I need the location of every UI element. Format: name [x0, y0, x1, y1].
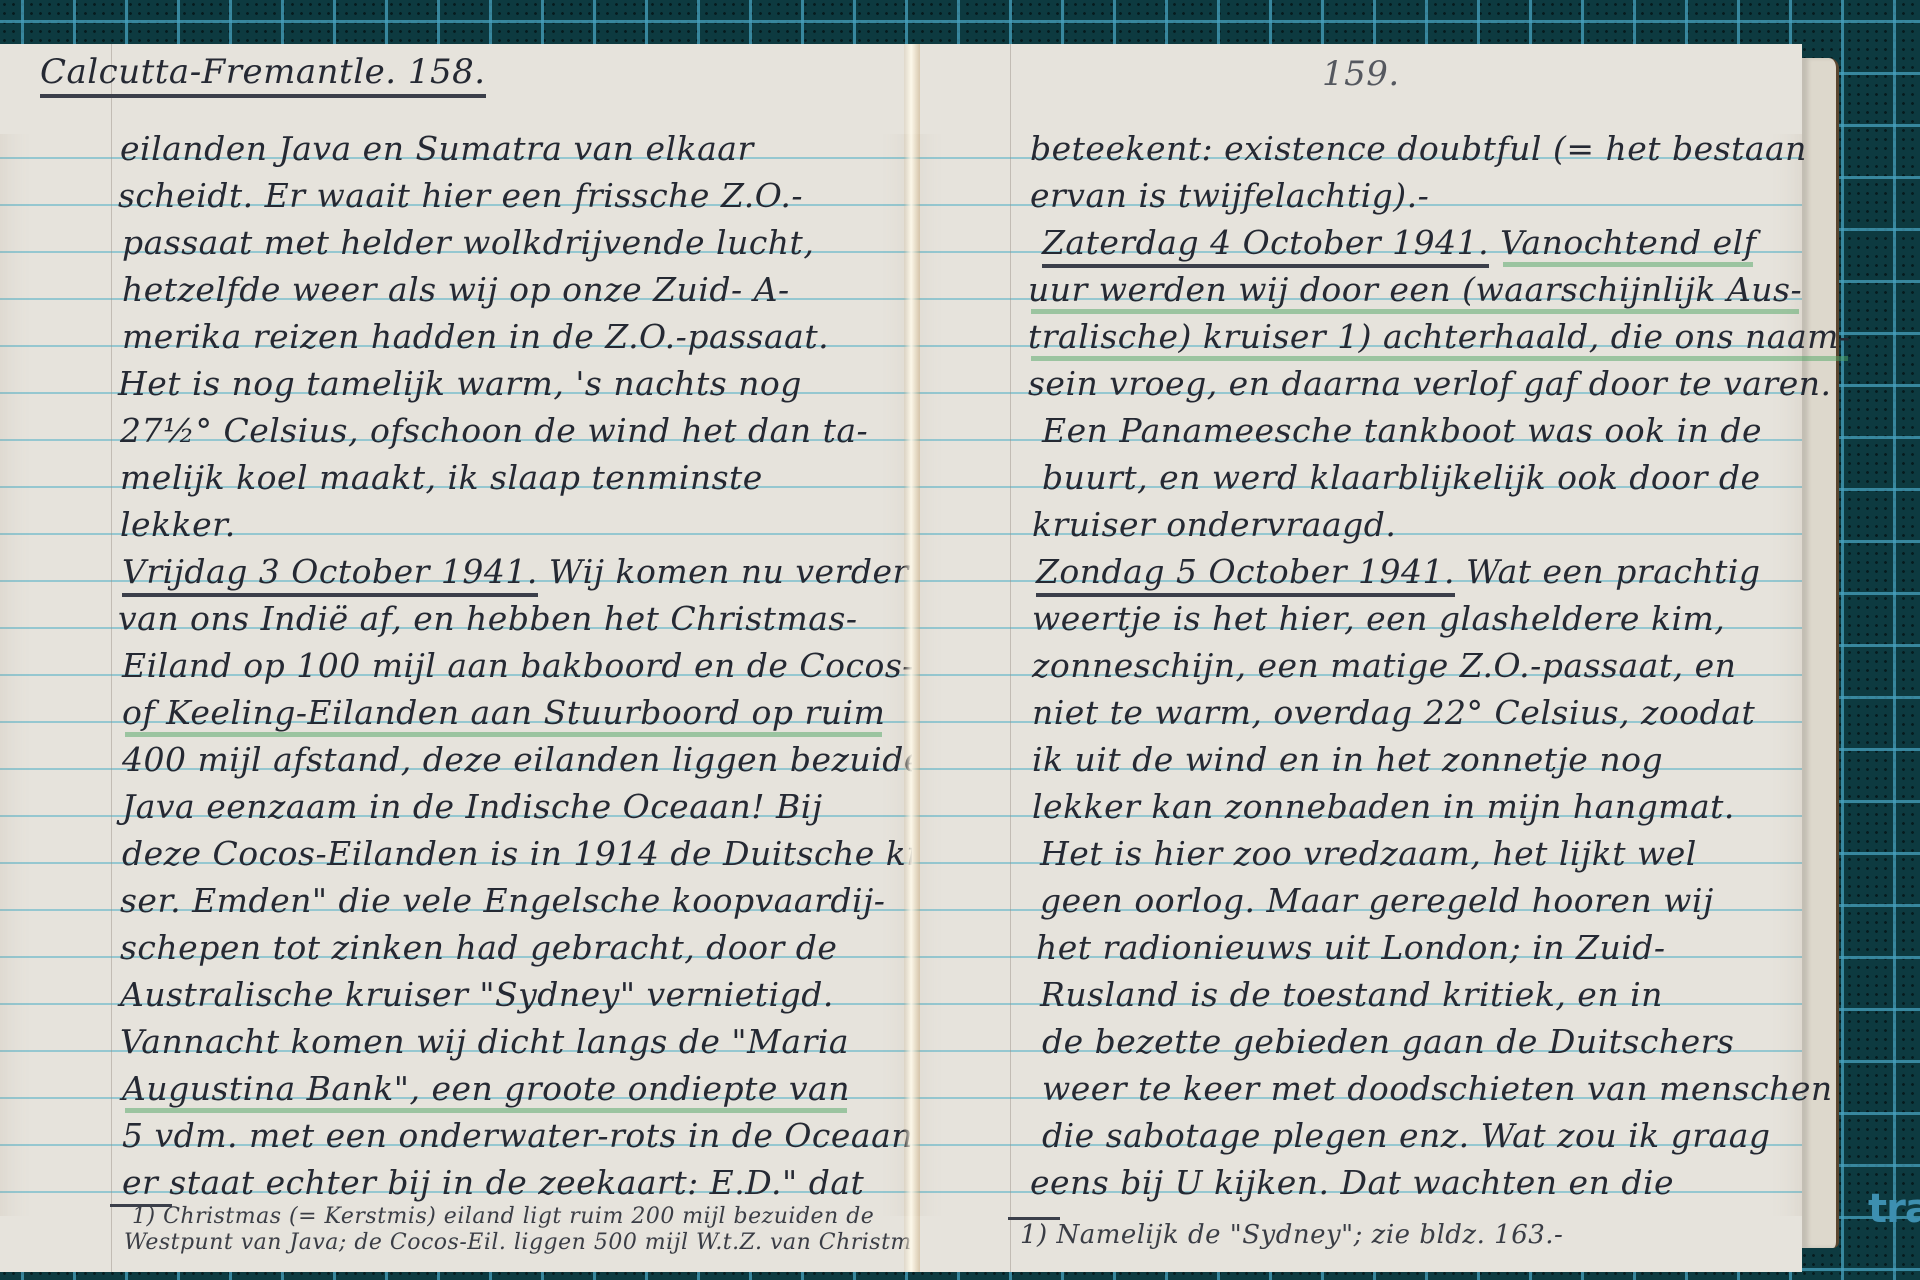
- right-page: 159. beteekent: existence doubtful (= he…: [912, 44, 1802, 1272]
- text-line: uur werden wij door een (waarschijnlijk …: [1028, 270, 1802, 309]
- margin-line: [111, 44, 112, 1272]
- footnote-line: Westpunt van Java; de Cocos-Eil. liggen …: [124, 1230, 992, 1255]
- text-line: ervan is twijfelachtig).-: [1030, 176, 1429, 215]
- text-line: sein vroeg, en daarna verlof gaf door te…: [1028, 364, 1831, 403]
- text-line: 400 mijl afstand, deze eilanden liggen b…: [122, 740, 946, 779]
- page-number: 159.: [1322, 54, 1400, 94]
- text-line: Australische kruiser "Sydney" vernietigd…: [120, 975, 834, 1014]
- text-line: lekker.: [120, 505, 236, 544]
- text-line: het radionieuws uit London; in Zuid-: [1036, 928, 1666, 967]
- notebook-spread: Calcutta-Fremantle. 158. eilanden Java e…: [0, 44, 1838, 1272]
- diary-entry-line: Vrijdag 3 October 1941. Wij komen nu ver…: [122, 552, 909, 591]
- text-line: of Keeling-Eilanden aan Stuurboord op ru…: [122, 693, 885, 732]
- text-line: buurt, en werd klaarblijkelijk ook door …: [1042, 458, 1761, 497]
- left-page: Calcutta-Fremantle. 158. eilanden Java e…: [0, 44, 912, 1272]
- text-line: de bezette gebieden gaan de Duitschers: [1042, 1022, 1734, 1061]
- text-line: kruiser ondervraagd.: [1032, 505, 1396, 544]
- text-line: merika reizen hadden in de Z.O.-passaat.: [122, 317, 829, 356]
- text-line: die sabotage plegen enz. Wat zou ik graa…: [1042, 1116, 1771, 1155]
- text-line: eens bij U kijken. Dat wachten en die: [1030, 1163, 1674, 1202]
- date-heading: Zondag 5 October 1941.: [1036, 552, 1455, 597]
- text-line: eilanden Java en Sumatra van elkaar: [120, 129, 754, 168]
- text-line: deze Cocos-Eilanden is in 1914 de Duitsc…: [122, 834, 967, 873]
- diary-entry-line: Zondag 5 October 1941. Wat een prachtig: [1036, 552, 1761, 591]
- text-line: hetzelfde weer als wij op onze Zuid- A-: [122, 270, 790, 309]
- text-line: zonneschijn, een matige Z.O.-passaat, en: [1032, 646, 1736, 685]
- text-line: schepen tot zinken had gebracht, door de: [120, 928, 837, 967]
- date-heading: Vrijdag 3 October 1941.: [122, 552, 538, 597]
- text-line: niet te warm, overdag 22° Celsius, zooda…: [1032, 693, 1755, 732]
- text-line: passaat met helder wolkdrijvende lucht,: [122, 223, 814, 262]
- text-line: weer te keer met doodschieten van mensch…: [1042, 1069, 1833, 1108]
- book-gutter: [904, 44, 920, 1272]
- text-line: Augustina Bank", een groote ondiepte van: [122, 1069, 850, 1108]
- text-line: Vannacht komen wij dicht langs de "Maria: [120, 1022, 849, 1061]
- page-header: Calcutta-Fremantle. 158.: [40, 52, 486, 92]
- text-line: beteekent: existence doubtful (= het bes…: [1030, 129, 1807, 168]
- text-line: Rusland is de toestand kritiek, en in: [1040, 975, 1663, 1014]
- text-line: melijk koel maakt, ik slaap tenminste: [120, 458, 763, 497]
- text-line: Java eenzaam in de Indische Oceaan! Bij: [122, 787, 823, 826]
- text-line: 27½° Celsius, ofschoon de wind het dan t…: [120, 411, 868, 450]
- footnote-line: 1) Christmas (= Kerstmis) eiland ligt ru…: [132, 1204, 874, 1229]
- text-line: geen oorlog. Maar geregeld hooren wij: [1040, 881, 1714, 920]
- text-line: Het is hier zoo vredzaam, het lijkt wel: [1040, 834, 1697, 873]
- text-line: ser. Emden" die vele Engelsche koopvaard…: [120, 881, 885, 920]
- text-line: lekker kan zonnebaden in mijn hangmat.: [1032, 787, 1735, 826]
- footnote-line: 1) Namelijk de "Sydney"; zie bldz. 163.-: [1020, 1220, 1563, 1250]
- watermark-logo: tra: [1868, 1186, 1920, 1232]
- text-line: Een Panameesche tankboot was ook in de: [1042, 411, 1762, 450]
- date-heading: Zaterdag 4 October 1941.: [1042, 223, 1489, 268]
- margin-line: [1010, 44, 1011, 1272]
- text-line: Het is nog tamelijk warm, 's nachts nog: [118, 364, 802, 403]
- text-line: van ons Indië af, en hebben het Christma…: [118, 599, 857, 638]
- text-line: ik uit de wind en in het zonnetje nog: [1032, 740, 1663, 779]
- text-line: tralische) kruiser 1) achterhaald, die o…: [1028, 317, 1851, 356]
- text-line: 5 vdm. met een onderwater-rots in de Oce…: [122, 1116, 925, 1155]
- text-line: scheidt. Er waait hier een frissche Z.O.…: [118, 176, 803, 215]
- text-line: weertje is het hier, een glasheldere kim…: [1032, 599, 1725, 638]
- text-line: Eiland op 100 mijl aan bakboord en de Co…: [122, 646, 914, 685]
- diary-entry-line: Zaterdag 4 October 1941. Vanochtend elf: [1042, 223, 1756, 262]
- text-line: er staat echter bij in de zeekaart: E.D.…: [122, 1163, 864, 1202]
